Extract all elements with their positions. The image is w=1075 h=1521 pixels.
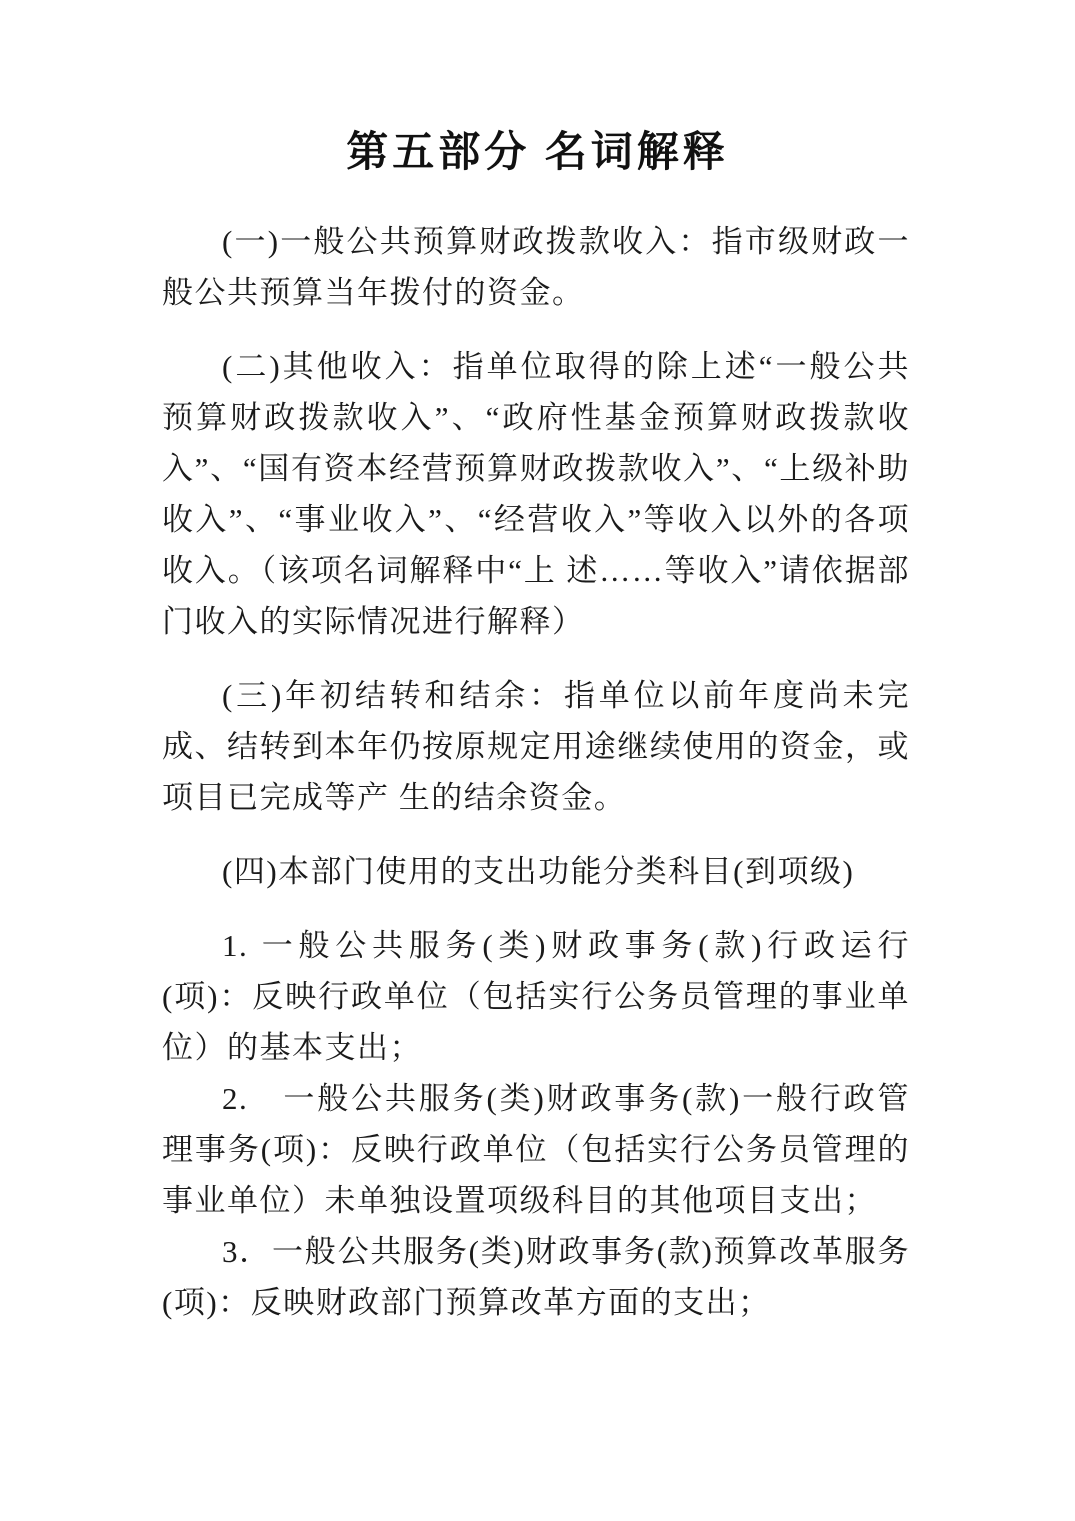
paragraph-item-1-administrative-operation: 1. 一般公共服务(类)财政事务(款)行政运行(项)：反映行政单位（包括实行公务… xyxy=(162,920,910,1073)
paragraph-carryover-and-surplus: (三)年初结转和结余：指单位以前年度尚未完成、结转到本年仍按原规定用途继续使用的… xyxy=(162,670,910,823)
paragraph-item-2-general-administrative-affairs: 2. 一般公共服务(类)财政事务(款)一般行政管理事务(项)：反映行政单位（包括… xyxy=(162,1073,910,1226)
document-body: (一)一般公共预算财政拨款收入：指市级财政一般公共预算当年拨付的资金。 (二)其… xyxy=(162,216,910,1328)
document-title: 第五部分 名词解释 xyxy=(0,0,1075,178)
paragraph-expenditure-function-categories: (四)本部门使用的支出功能分类科目(到项级) xyxy=(162,846,910,897)
document-page: 第五部分 名词解释 (一)一般公共预算财政拨款收入：指市级财政一般公共预算当年拨… xyxy=(0,0,1075,1521)
paragraph-general-public-budget-income: (一)一般公共预算财政拨款收入：指市级财政一般公共预算当年拨付的资金。 xyxy=(162,216,910,318)
paragraph-other-income: (二)其他收入：指单位取得的除上述“一般公共预算财政拨款收入”、“政府性基金预算… xyxy=(162,341,910,647)
paragraph-item-3-budget-reform-service: 3．一般公共服务(类)财政事务(款)预算改革服务(项)：反映财政部门预算改革方面… xyxy=(162,1226,910,1328)
